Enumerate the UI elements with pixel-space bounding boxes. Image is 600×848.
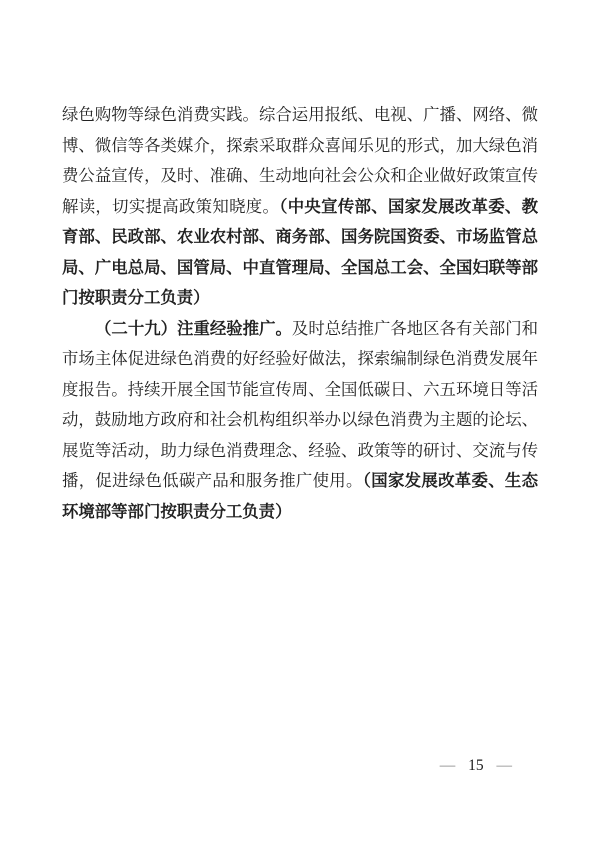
- text-line: 育部、民政部、农业农村部、商务部、国务院国资委、市场监管总: [62, 222, 538, 253]
- text-line: 局、广电总局、国管局、中直管理局、全国总工会、全国妇联等部: [62, 253, 538, 284]
- responsibility-clause-run: （中央宣传部、国家发展改革委、教: [279, 197, 538, 216]
- text-run: 展览等活动，助力绿色消费理念、经验、政策等的研讨、交流与传: [62, 441, 538, 460]
- text-run: 播，促进绿色低碳产品和服务推广使用。: [62, 471, 363, 490]
- text-line: 门按职责分工负责）: [62, 283, 538, 314]
- page-number-value: 15: [468, 757, 484, 774]
- text-line: 解读，切实提高政策知晓度。（中央宣传部、国家发展改革委、教: [62, 192, 538, 223]
- text-block: 绿色购物等绿色消费实践。综合运用报纸、电视、广播、网络、微 博、微信等各类媒介，…: [62, 100, 538, 527]
- document-page: 绿色购物等绿色消费实践。综合运用报纸、电视、广播、网络、微 博、微信等各类媒介，…: [0, 0, 600, 848]
- paragraph-2: （二十九）注重经验推广。及时总结推广各地区各有关部门和 市场主体促进绿色消费的好…: [62, 314, 538, 528]
- text-line: 度报告。持续开展全国节能宣传周、全国低碳日、六五环境日等活: [62, 375, 538, 406]
- text-line: 博、微信等各类媒介，探索采取群众喜闻乐见的形式，加大绿色消: [62, 131, 538, 162]
- text-run: 度报告。持续开展全国节能宣传周、全国低碳日、六五环境日等活: [62, 380, 538, 399]
- text-run: 市场主体促进绿色消费的好经验好做法，探索编制绿色消费发展年: [62, 349, 538, 368]
- text-line: 环境部等部门按职责分工负责）: [62, 497, 538, 528]
- responsibility-clause-run: 局、广电总局、国管局、中直管理局、全国总工会、全国妇联等部: [62, 258, 538, 277]
- responsibility-clause-run: （国家发展改革委、生态: [363, 471, 538, 490]
- text-run: 解读，切实提高政策知晓度。: [62, 197, 279, 216]
- text-line: 市场主体促进绿色消费的好经验好做法，探索编制绿色消费发展年: [62, 344, 538, 375]
- text-line: 动，鼓励地方政府和社会机构组织举办以绿色消费为主题的论坛、: [62, 405, 538, 436]
- responsibility-clause-run: 环境部等部门按职责分工负责）: [62, 502, 291, 521]
- item-heading-run: （二十九）注重经验推广。: [95, 319, 292, 338]
- text-line: 绿色购物等绿色消费实践。综合运用报纸、电视、广播、网络、微: [62, 100, 538, 131]
- text-line: 展览等活动，助力绿色消费理念、经验、政策等的研讨、交流与传: [62, 436, 538, 467]
- text-line: 费公益宣传，及时、准确、生动地向社会公众和企业做好政策宣传: [62, 161, 538, 192]
- text-run: 绿色购物等绿色消费实践。综合运用报纸、电视、广播、网络、微: [62, 105, 538, 124]
- responsibility-clause-run: 育部、民政部、农业农村部、商务部、国务院国资委、市场监管总: [62, 227, 538, 246]
- text-run: 博、微信等各类媒介，探索采取群众喜闻乐见的形式，加大绿色消: [62, 136, 538, 155]
- text-run: 动，鼓励地方政府和社会机构组织举办以绿色消费为主题的论坛、: [62, 410, 538, 429]
- page-number: — 15 —: [440, 756, 512, 776]
- page-number-dash-left: —: [440, 757, 456, 774]
- text-line: （二十九）注重经验推广。及时总结推广各地区各有关部门和: [62, 314, 538, 345]
- text-run: 及时总结推广各地区各有关部门和: [292, 319, 538, 338]
- text-line: 播，促进绿色低碳产品和服务推广使用。（国家发展改革委、生态: [62, 466, 538, 497]
- responsibility-clause-run: 门按职责分工负责）: [62, 288, 210, 307]
- page-number-dash-right: —: [497, 757, 513, 774]
- paragraph-1: 绿色购物等绿色消费实践。综合运用报纸、电视、广播、网络、微 博、微信等各类媒介，…: [62, 100, 538, 314]
- text-run: 费公益宣传，及时、准确、生动地向社会公众和企业做好政策宣传: [62, 166, 538, 185]
